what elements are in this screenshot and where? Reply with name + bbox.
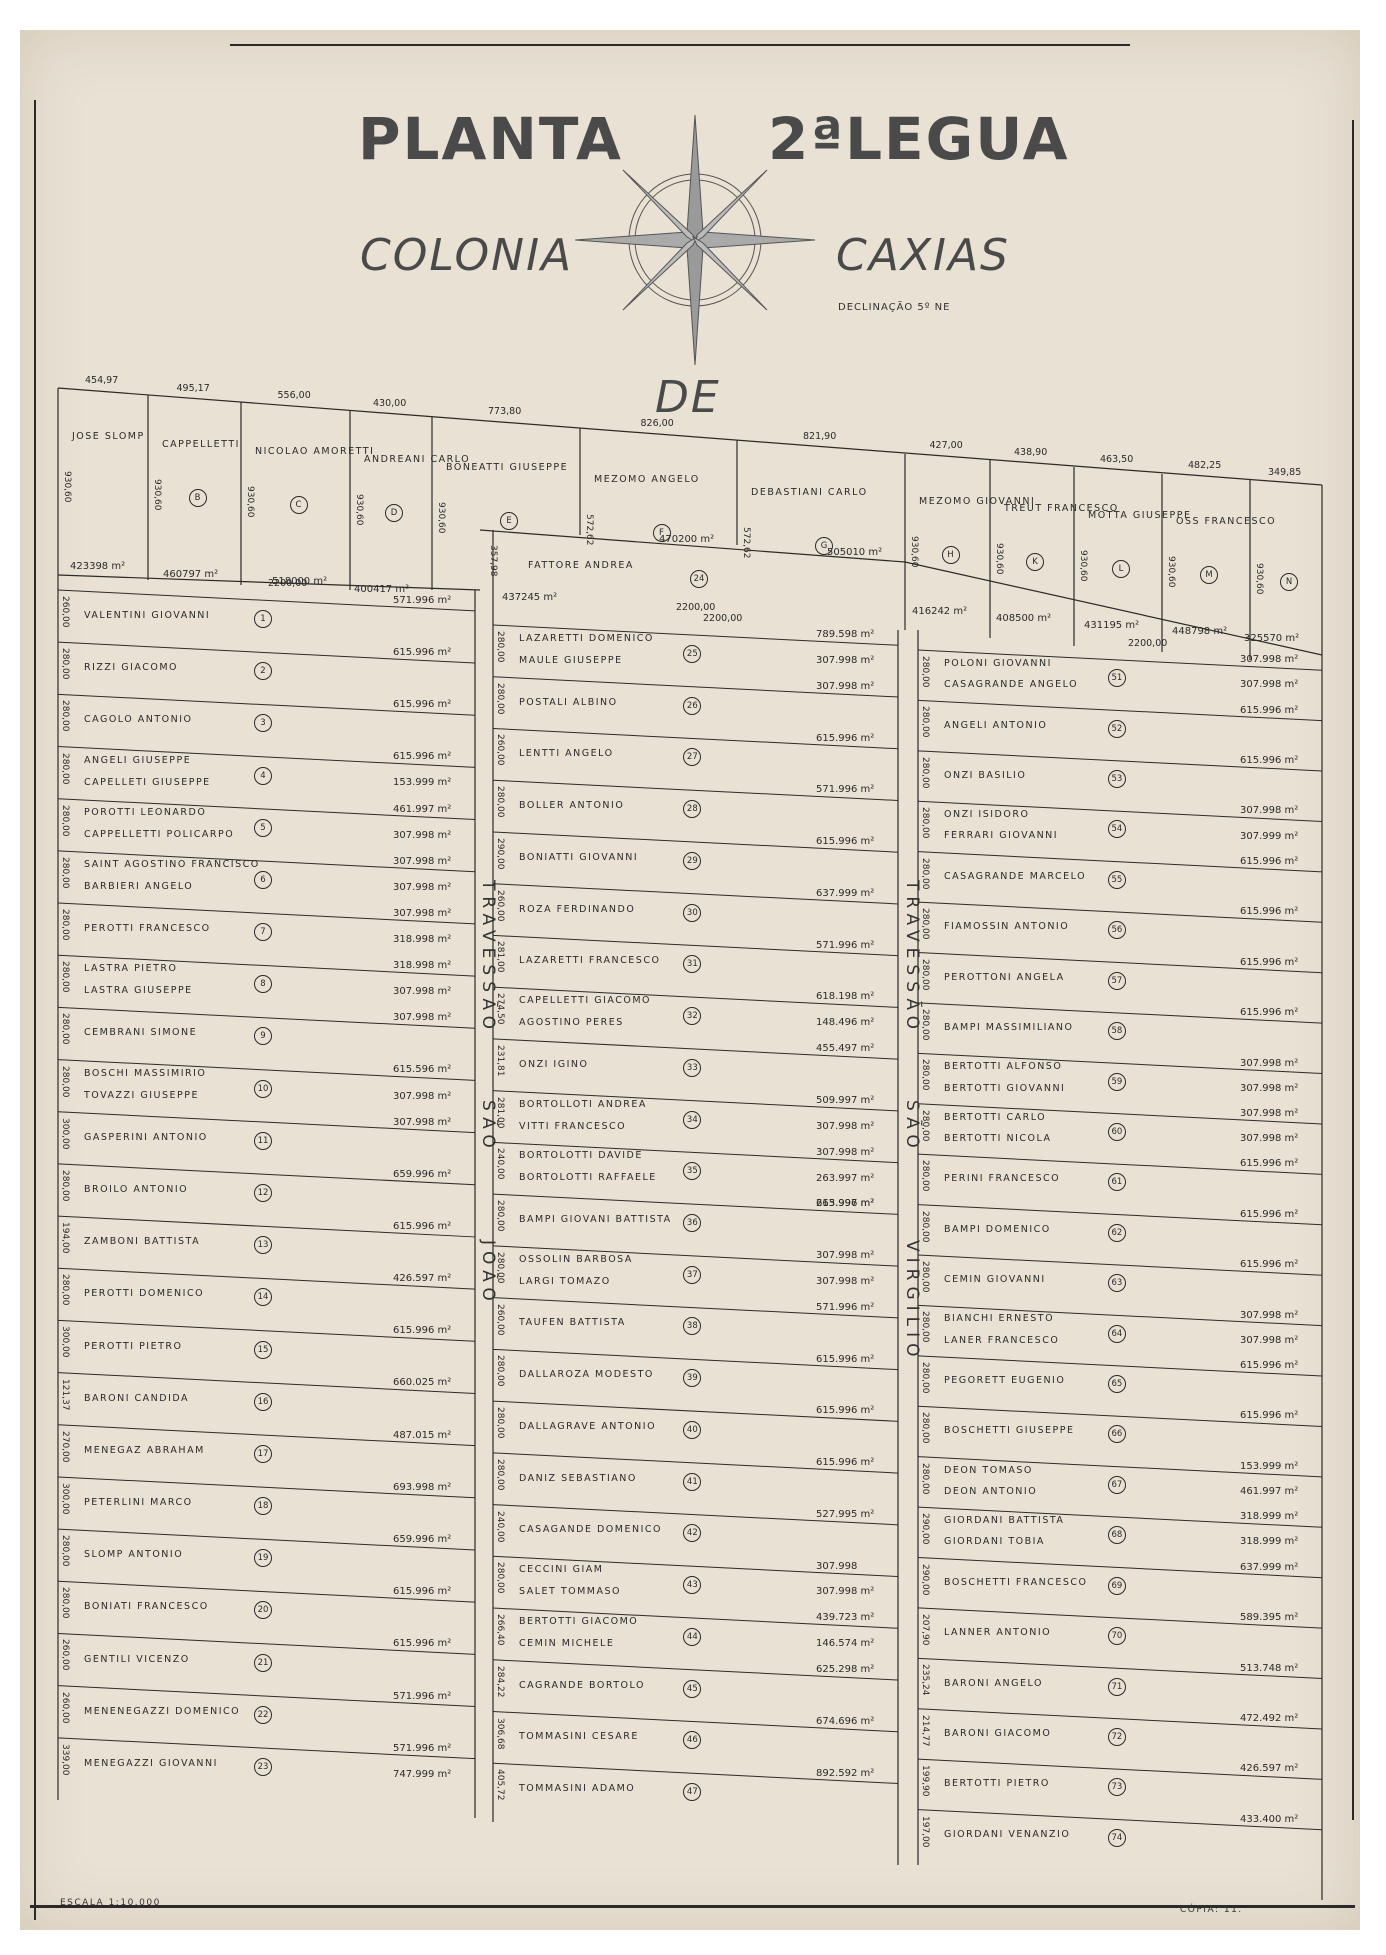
lot-area: 307.998 m²: [393, 830, 451, 841]
lot-number-marker: 72: [1108, 1728, 1126, 1746]
lot-area: 509.997 m²: [816, 1095, 874, 1106]
lot-owner: TOMMASINI CESARE: [519, 1731, 639, 1742]
lot-area: 307.998 m²: [1240, 805, 1298, 816]
lot-number-marker: 53: [1108, 770, 1126, 788]
column-length-dimension: 2200,00: [676, 602, 715, 613]
plot-owner: DEBASTIANI CARLO: [751, 487, 868, 498]
lot-number-marker: 70: [1108, 1627, 1126, 1645]
lot-area: 615.996 m²: [1240, 1158, 1298, 1169]
lot-number-marker: 12: [254, 1184, 272, 1202]
lot-width-dimension: 280,00: [495, 1562, 505, 1594]
plot-id-marker: B: [189, 489, 207, 507]
lot-area: 892.592 m²: [816, 1768, 874, 1779]
lot-number-marker: 64: [1108, 1325, 1126, 1343]
column-length-dimension: 2200,00: [703, 613, 742, 624]
lot-area: 571.996 m²: [393, 1691, 451, 1702]
lot-area: 615.996 m²: [393, 647, 451, 658]
lot-area: 307.998 m²: [816, 1147, 874, 1158]
lot-width-dimension: 280,00: [920, 1412, 930, 1444]
lot-owner: POROTTI LEONARDO: [84, 807, 206, 818]
lot-width-dimension: 194,00: [60, 1222, 70, 1254]
plot-owner: JOSE SLOMP: [72, 431, 145, 442]
lot-owner: BARONI GIACOMO: [944, 1728, 1051, 1739]
lot-owner: BIANCHI ERNESTO: [944, 1313, 1054, 1324]
plot-area: 423398 m²: [70, 561, 125, 572]
lot-owner: ROZA FERDINANDO: [519, 904, 635, 915]
lot-area: 615.996 m²: [1240, 1007, 1298, 1018]
lot-number-marker: 11: [254, 1132, 272, 1150]
lot-area: 307.998 m²: [1240, 1310, 1298, 1321]
lot-area: 615.996 m²: [1240, 755, 1298, 766]
lot-area: 659.996 m²: [393, 1169, 451, 1180]
plot-side-dimension: 930,60: [62, 471, 72, 503]
lot-width-dimension: 284,22: [495, 1666, 505, 1698]
lot-width-dimension: 306,68: [495, 1718, 505, 1750]
lot-area: 615.996 m²: [1240, 1410, 1298, 1421]
lot-owner: CASAGRANDE ANGELO: [944, 679, 1078, 690]
lot-width-dimension: 280,00: [495, 1200, 505, 1232]
lot-area: 307.999 m²: [1240, 831, 1298, 842]
lot-owner: CEMIN GIOVANNI: [944, 1274, 1046, 1285]
lot-width-dimension: 280,00: [495, 1252, 505, 1284]
lot-area: 571.996 m²: [816, 1302, 874, 1313]
lot-owner: CASAGRANDE MARCELO: [944, 871, 1086, 882]
lot-width-dimension: 280,00: [60, 909, 70, 941]
lot-area: 615.996 m²: [393, 1586, 451, 1597]
lot-area: 571.996 m²: [816, 940, 874, 951]
plot-front-dimension: 556,00: [278, 390, 311, 401]
plot-side-dimension: 930,60: [1166, 556, 1176, 588]
lot-area: 615.996 m²: [816, 1405, 874, 1416]
lot-area: 318.998 m²: [393, 960, 451, 971]
lot-number-marker: 63: [1108, 1274, 1126, 1292]
lot-width-dimension: 280,00: [60, 805, 70, 837]
lot-number-marker: 57: [1108, 972, 1126, 990]
lot-owner: GASPERINI ANTONIO: [84, 1132, 208, 1143]
lot-owner: BORTOLOTTI RAFFAELE: [519, 1172, 657, 1183]
plot-front-dimension: 438,90: [1014, 447, 1047, 458]
lot-area: 615.996 m²: [393, 1221, 451, 1232]
lot-number-marker: 18: [254, 1497, 272, 1515]
plot-side-dimension: 930,60: [152, 479, 162, 511]
lot-owner: SALET TOMMASO: [519, 1586, 621, 1597]
plot-area: 460797 m²: [163, 569, 218, 580]
road-name: SÃO: [902, 1100, 922, 1154]
lot-area: 615.996 m²: [393, 751, 451, 762]
lot-owner: BOSCHETTI FRANCESCO: [944, 1577, 1087, 1588]
lot-area: 615.996 m²: [393, 1325, 451, 1336]
lot-area: 615.596 m²: [393, 1064, 451, 1075]
plot-front-dimension: 821,90: [803, 431, 836, 442]
lot-width-dimension: 260,00: [495, 1304, 505, 1336]
lot-owner: BERTOTTI CARLO: [944, 1112, 1046, 1123]
road-name: TRAVESSÃO: [902, 880, 922, 1035]
plot-area: 448798 m²: [1172, 626, 1227, 637]
plot-front-dimension: 454,97: [85, 375, 118, 386]
lot-area: 660.025 m²: [393, 1377, 451, 1388]
lot-owner: FERRARI GIOVANNI: [944, 830, 1058, 841]
lot-width-dimension: 197,00: [920, 1816, 930, 1848]
lot-area: 747.999 m²: [393, 1769, 451, 1780]
lot-number-marker: 41: [683, 1473, 701, 1491]
lot-width-dimension: 281,00: [495, 941, 505, 973]
lot-owner: LASTRA GIUSEPPE: [84, 985, 193, 996]
plot-boundaries: [0, 0, 1386, 1955]
plot-area: 325570 m²: [1244, 633, 1299, 644]
lot-owner: BAMPI GIOVANI BATTISTA: [519, 1214, 672, 1225]
lot-width-dimension: 121,37: [60, 1379, 70, 1411]
lot-area: 455.497 m²: [816, 1043, 874, 1054]
lot-width-dimension: 260,00: [495, 734, 505, 766]
lot-owner: GENTILI VICENZO: [84, 1654, 190, 1665]
lot-area: 307.998 m²: [393, 882, 451, 893]
lot-area: 615.996 m²: [816, 1457, 874, 1468]
lot-owner: TOVAZZI GIUSEPPE: [84, 1090, 199, 1101]
lot-area: 307.998 m²: [1240, 1058, 1298, 1069]
lot-area: 615.996 m²: [1240, 906, 1298, 917]
lot-area: 307.998 m²: [393, 986, 451, 997]
plot-area: 400417 m²: [354, 584, 409, 595]
lot-owner: POLONI GIOVANNI: [944, 658, 1052, 669]
plot-id-marker: N: [1280, 573, 1298, 591]
lot-area: 693.998 m²: [393, 1482, 451, 1493]
lot-area: 426.597 m²: [393, 1273, 451, 1284]
lot-owner: BROILO ANTONIO: [84, 1184, 188, 1195]
lot-owner: PEGORETT EUGENIO: [944, 1375, 1065, 1386]
column-length-dimension: 2200,00: [268, 578, 307, 589]
lot-width-dimension: 280,00: [495, 631, 505, 663]
lot-owner: BARONI CANDIDA: [84, 1393, 189, 1404]
plot-area: 416242 m²: [912, 606, 967, 617]
lot-owner: CAGRANDE BORTOLO: [519, 1680, 645, 1691]
plot-side-dimension: 930,60: [909, 536, 919, 568]
plot-side-dimension: 930,60: [354, 494, 364, 526]
lot-area: 615.996 m²: [1240, 856, 1298, 867]
lot-width-dimension: 199,90: [920, 1765, 930, 1797]
lot-width-dimension: 280,00: [495, 1355, 505, 1387]
lot-owner: DANIZ SEBASTIANO: [519, 1473, 637, 1484]
lot-area: 589.395 m²: [1240, 1612, 1298, 1623]
lot-width-dimension: 280,00: [920, 656, 930, 688]
lot-width-dimension: 280,00: [920, 807, 930, 839]
lot-width-dimension: 280,00: [920, 1261, 930, 1293]
lot-owner: ONZI ISIDORO: [944, 809, 1029, 820]
lot-width-dimension: 290,00: [920, 1564, 930, 1596]
lot-width-dimension: 280,00: [60, 1587, 70, 1619]
lot-area: 307.998 m²: [1240, 1133, 1298, 1144]
lot-owner: BARBIERI ANGELO: [84, 881, 193, 892]
lot-width-dimension: 405,72: [495, 1769, 505, 1801]
lot-owner: BERTOTTI GIOVANNI: [944, 1083, 1065, 1094]
lot-width-dimension: 280,00: [920, 1059, 930, 1091]
lot-number-marker: 15: [254, 1341, 272, 1359]
lot-width-dimension: 231,81: [495, 1045, 505, 1077]
lot-owner: FIAMOSSIN ANTONIO: [944, 921, 1069, 932]
lot-width-dimension: 260,00: [60, 1639, 70, 1671]
lot-area: 307.998 m²: [816, 1276, 874, 1287]
lot-area: 461.997 m²: [1240, 1486, 1298, 1497]
lot-owner: ZAMBONI BATTISTA: [84, 1236, 200, 1247]
plot-owner: BONEATTI GIUSEPPE: [446, 462, 568, 473]
lot-width-dimension: 280,00: [60, 857, 70, 889]
lot-area: 615.996 m²: [816, 1354, 874, 1365]
plot-side-dimension: 357,98: [488, 545, 498, 577]
lot-owner: DALLAROZA MODESTO: [519, 1369, 654, 1380]
lot-owner: BORTOLOTTI DAVIDE: [519, 1150, 643, 1161]
lot-owner: LANER FRANCESCO: [944, 1335, 1059, 1346]
lot-number-marker: 16: [254, 1393, 272, 1411]
lot-owner: CAPPELLETTI POLICARPO: [84, 829, 234, 840]
lot-width-dimension: 339,00: [60, 1744, 70, 1776]
lot-width-dimension: 280,00: [60, 1170, 70, 1202]
lot-width-dimension: 280,00: [60, 753, 70, 785]
lot-number-marker: 34: [683, 1111, 701, 1129]
lot-owner: MENENEGAZZI DOMENICO: [84, 1706, 240, 1717]
lot-area: 615.996 m²: [816, 733, 874, 744]
lot-area: 615.996 m²: [816, 836, 874, 847]
lot-number-marker: 58: [1108, 1022, 1126, 1040]
lot-width-dimension: 280,00: [495, 1459, 505, 1491]
lot-width-dimension: 280,00: [920, 706, 930, 738]
plot-id-marker: 24: [690, 570, 708, 588]
lot-number-marker: 10: [254, 1080, 272, 1098]
lot-width-dimension: 280,00: [920, 757, 930, 789]
lot-area: 426.597 m²: [1240, 1763, 1298, 1774]
lot-owner: TOMMASINI ADAMO: [519, 1783, 635, 1794]
lot-width-dimension: 300,00: [60, 1326, 70, 1358]
plot-side-dimension: 572,62: [741, 527, 751, 559]
lot-area: 307.998 m²: [393, 1012, 451, 1023]
lot-width-dimension: 214,77: [920, 1715, 930, 1747]
lot-owner: VITTI FRANCESCO: [519, 1121, 626, 1132]
lot-width-dimension: 280,00: [920, 858, 930, 890]
lot-owner: ONZI BASILIO: [944, 770, 1026, 781]
lot-width-dimension: 280,00: [920, 1009, 930, 1041]
plot-owner: MEZOMO ANGELO: [594, 474, 700, 485]
lot-width-dimension: 260,00: [495, 890, 505, 922]
lot-number-marker: 4: [254, 767, 272, 785]
lot-owner: SLOMP ANTONIO: [84, 1549, 183, 1560]
lot-area: 571.996 m²: [816, 784, 874, 795]
lot-area: 615.996 m²: [1240, 1209, 1298, 1220]
plot-front-dimension: 349,85: [1268, 467, 1301, 478]
lot-number-marker: 22: [254, 1706, 272, 1724]
lot-owner: LASTRA PIETRO: [84, 963, 178, 974]
lot-area: 439.723 m²: [816, 1612, 874, 1623]
plot-area: 408500 m²: [996, 613, 1051, 624]
lot-owner: BERTOTTI ALFONSO: [944, 1061, 1062, 1072]
lot-number-marker: 23: [254, 1758, 272, 1776]
lot-number-marker: 67: [1108, 1476, 1126, 1494]
lot-number-marker: 30: [683, 904, 701, 922]
lot-owner: PEROTTONI ANGELA: [944, 972, 1065, 983]
lot-width-dimension: 240,00: [495, 1511, 505, 1543]
lot-width-dimension: 280,00: [60, 648, 70, 680]
lot-number-marker: 26: [683, 697, 701, 715]
plot-owner: FATTORE ANDREA: [528, 560, 634, 571]
scale-label: ESCALA 1:10.000: [60, 1898, 161, 1908]
lot-area: 307.998 m²: [816, 1250, 874, 1261]
lot-owner: RIZZI GIACOMO: [84, 662, 178, 673]
lot-owner: MAULE GIUSEPPE: [519, 655, 623, 666]
lot-width-dimension: 280,00: [920, 1110, 930, 1142]
plot-front-dimension: 773,80: [488, 406, 521, 417]
lot-owner: LAZARETTI DOMENICO: [519, 633, 654, 644]
plot-id-marker: K: [1026, 553, 1044, 571]
lot-width-dimension: 300,00: [60, 1483, 70, 1515]
plot-side-dimension: 930,60: [1254, 563, 1264, 595]
lot-number-marker: 71: [1108, 1678, 1126, 1696]
lot-area: 307.998: [816, 1561, 857, 1572]
lot-area: 674.696 m²: [816, 1716, 874, 1727]
lot-width-dimension: 280,00: [920, 1211, 930, 1243]
lot-area: 615.996 m²: [1240, 1259, 1298, 1270]
plot-side-dimension: 930,60: [994, 543, 1004, 575]
lot-area: 318.999 m²: [1240, 1536, 1298, 1547]
lot-width-dimension: 260,00: [60, 1692, 70, 1724]
lot-owner: MENEGAZ ABRAHAM: [84, 1445, 205, 1456]
lot-number-marker: 62: [1108, 1224, 1126, 1242]
lot-area: 571.996 m²: [393, 1743, 451, 1754]
lot-owner: BOSCHI MASSIMIRIO: [84, 1068, 206, 1079]
lot-width-dimension: 280,00: [920, 1160, 930, 1192]
lot-owner: ANGELI GIUSEPPE: [84, 755, 191, 766]
lot-owner: BAMPI DOMENICO: [944, 1224, 1051, 1235]
lot-width-dimension: 280,00: [495, 786, 505, 818]
plot-front-dimension: 430,00: [373, 398, 406, 409]
lot-owner: DEON ANTONIO: [944, 1486, 1037, 1497]
lot-area: 307.998 m²: [1240, 1335, 1298, 1346]
lot-width-dimension: 280,00: [920, 1311, 930, 1343]
lot-area: 146.574 m²: [816, 1638, 874, 1649]
lot-area: 637.999 m²: [1240, 1562, 1298, 1573]
lot-owner: PETERLINI MARCO: [84, 1497, 193, 1508]
plot-front-dimension: 495,17: [177, 383, 210, 394]
lot-owner: LANNER ANTONIO: [944, 1627, 1051, 1638]
lot-width-dimension: 280,00: [920, 959, 930, 991]
lot-area: 615.996 m²: [1240, 705, 1298, 716]
lot-owner: CECCINI GIAM: [519, 1564, 604, 1575]
lot-area: 307.998 m²: [816, 655, 874, 666]
lot-owner: LAZARETTI FRANCESCO: [519, 955, 660, 966]
lot-number-marker: 6: [254, 871, 272, 889]
lot-width-dimension: 300,00: [60, 1118, 70, 1150]
lot-number-marker: 51: [1108, 669, 1126, 687]
lot-owner: GIORDANI BATTISTA: [944, 1515, 1064, 1526]
plot-id-marker: D: [385, 504, 403, 522]
plot-id-marker: H: [942, 546, 960, 564]
plot-front-dimension: 482,25: [1188, 460, 1221, 471]
lot-owner: CEMIN MICHELE: [519, 1638, 614, 1649]
lot-width-dimension: 266,40: [495, 1614, 505, 1646]
lot-owner: BOSCHETTI GIUSEPPE: [944, 1425, 1075, 1436]
lot-number-marker: 5: [254, 819, 272, 837]
lot-area: 618.198 m²: [816, 991, 874, 1002]
lot-width-dimension: 270,00: [60, 1431, 70, 1463]
lot-area: 461.997 m²: [393, 804, 451, 815]
lot-owner: BERTOTTI GIACOMO: [519, 1616, 638, 1627]
lot-width-dimension: 280,00: [60, 1066, 70, 1098]
lot-width-dimension: 274,50: [495, 993, 505, 1025]
lot-width-dimension: 280,00: [495, 1407, 505, 1439]
lot-owner: AGOSTINO PERES: [519, 1017, 624, 1028]
lot-area: 615.996 m²: [1240, 1360, 1298, 1371]
lot-width-dimension: 280,00: [60, 961, 70, 993]
column-length-dimension: 2200,00: [1128, 638, 1167, 649]
lot-area: 307.998 m²: [816, 1586, 874, 1597]
lot-owner: BAMPI MASSIMILIANO: [944, 1022, 1074, 1033]
lot-width-dimension: 290,00: [495, 838, 505, 870]
lot-area: 625.298 m²: [816, 1664, 874, 1675]
plot-id-marker: L: [1112, 560, 1130, 578]
lot-area: 659.996 m²: [393, 1534, 451, 1545]
lot-area: 307.998 m²: [393, 1091, 451, 1102]
lot-number-marker: 52: [1108, 720, 1126, 738]
lot-owner: BARONI ANGELO: [944, 1678, 1043, 1689]
lot-owner: PERINI FRANCESCO: [944, 1173, 1060, 1184]
lot-area: 153.999 m²: [1240, 1461, 1298, 1472]
plot-owner: CAPPELLETTI: [162, 439, 240, 450]
lot-area: 615.996 m²: [1240, 957, 1298, 968]
lot-area: 307.998 m²: [393, 1117, 451, 1128]
lot-area: 307.998 m²: [393, 856, 451, 867]
lot-owner: BERTOTTI NICOLA: [944, 1133, 1052, 1144]
lot-area: 153.999 m²: [393, 777, 451, 788]
lot-area: 472.492 m²: [1240, 1713, 1298, 1724]
lot-area: 318.999 m²: [1240, 1511, 1298, 1522]
lot-owner: POSTALI ALBINO: [519, 697, 618, 708]
plot-side-dimension: 930,60: [1078, 550, 1088, 582]
plot-area: 437245 m²: [502, 592, 557, 603]
lot-owner: VALENTINI GIOVANNI: [84, 610, 210, 621]
lot-number-marker: 17: [254, 1445, 272, 1463]
lot-number-marker: 60: [1108, 1123, 1126, 1141]
lot-area: 527.995 m²: [816, 1509, 874, 1520]
lot-number-marker: 45: [683, 1680, 701, 1698]
lot-width-dimension: 280,00: [60, 1274, 70, 1306]
lot-owner: ONZI IGINO: [519, 1059, 588, 1070]
plot-front-dimension: 463,50: [1100, 454, 1133, 465]
lot-area: 433.400 m²: [1240, 1814, 1298, 1825]
lot-owner: LARGI TOMAZO: [519, 1276, 611, 1287]
lot-owner: ANGELI ANTONIO: [944, 720, 1047, 731]
lot-area: 318.998 m²: [393, 934, 451, 945]
lot-owner: BORTOLLOTI ANDREA: [519, 1099, 647, 1110]
road-name: VIRGILIO: [902, 1240, 922, 1363]
lot-area: 637.999 m²: [816, 888, 874, 899]
lot-width-dimension: 280,00: [60, 1535, 70, 1567]
lot-area: 307.998 m²: [1240, 654, 1298, 665]
lot-width-dimension: 280,00: [920, 1463, 930, 1495]
lot-owner: CAGOLO ANTONIO: [84, 714, 193, 725]
plot-area: 470200 m²: [659, 534, 714, 545]
lot-owner: BONIATTI GIOVANNI: [519, 852, 638, 863]
lot-number-marker: 69: [1108, 1577, 1126, 1595]
lot-owner: GIORDANI VENANZIO: [944, 1829, 1070, 1840]
lot-owner: MENEGAZZI GIOVANNI: [84, 1758, 218, 1769]
lot-area: 307.998 m²: [1240, 1108, 1298, 1119]
lot-area: 615.996 m²: [393, 1638, 451, 1649]
lot-owner: CAPELLETI GIUSEPPE: [84, 777, 211, 788]
lot-number-marker: 1: [254, 610, 272, 628]
lot-width-dimension: 260,00: [60, 596, 70, 628]
lot-width-dimension: 280,00: [920, 1362, 930, 1394]
lot-owner: BERTOTTI PIETRO: [944, 1778, 1050, 1789]
plot-area: 431195 m²: [1084, 620, 1139, 631]
plot-side-dimension: 930,60: [436, 502, 446, 534]
lot-width-dimension: 280,00: [60, 700, 70, 732]
lot-number-marker: 65: [1108, 1375, 1126, 1393]
